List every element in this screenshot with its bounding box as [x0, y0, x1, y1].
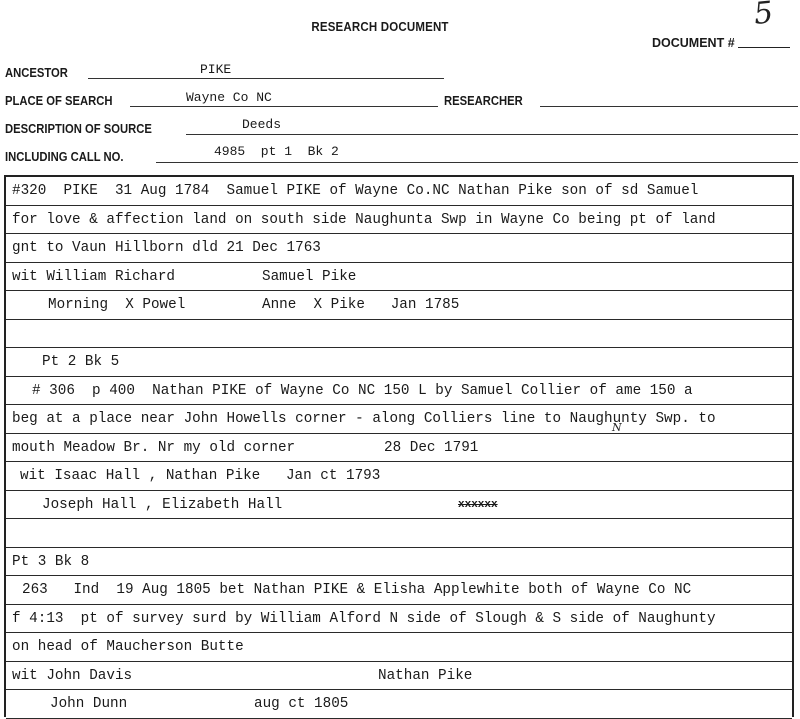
- note-row: # 306 p 400 Nathan PIKE of Wayne Co NC 1…: [6, 377, 792, 406]
- description-of-source-line: [186, 134, 798, 135]
- note-row: f 4:13 pt of survey surd by William Alfo…: [6, 605, 792, 634]
- row-text: aug ct 1805: [254, 690, 348, 718]
- row-text: Anne X Pike Jan 1785: [262, 291, 459, 319]
- row-text: #320 PIKE 31 Aug 1784 Samuel PIKE of Way…: [12, 177, 698, 205]
- document-number-label: DOCUMENT #: [652, 36, 735, 50]
- description-of-source-label: DESCRIPTION OF SOURCE: [5, 122, 168, 136]
- place-of-search-value: Wayne Co NC: [186, 90, 272, 105]
- row-text: mouth Meadow Br. Nr my old corner: [12, 434, 295, 462]
- researcher-line: [540, 106, 798, 107]
- row-text: wit John Davis: [12, 662, 132, 690]
- row-text: Nathan Pike: [378, 662, 472, 690]
- note-row: beg at a place near John Howells corner …: [6, 405, 792, 434]
- note-row: Pt 3 Bk 8: [6, 548, 792, 577]
- struck-text: xxxxxx: [458, 491, 498, 519]
- note-row: Joseph Hall , Elizabeth Hallxxxxxx: [6, 491, 792, 520]
- call-no-line: [156, 162, 798, 163]
- row-text: on head of Maucherson Butte: [12, 633, 244, 661]
- note-row: mouth Meadow Br. Nr my old corner28 Dec …: [6, 434, 792, 463]
- row-text: f 4:13 pt of survey surd by William Alfo…: [12, 605, 716, 633]
- row-text: # 306 p 400 Nathan PIKE of Wayne Co NC 1…: [32, 377, 693, 405]
- document-number-line: [738, 47, 790, 48]
- note-row: #320 PIKE 31 Aug 1784 Samuel PIKE of Way…: [6, 177, 792, 206]
- researcher-label: RESEARCHER: [444, 94, 532, 108]
- blank-row: [6, 320, 792, 349]
- note-row: Pt 2 Bk 5: [6, 348, 792, 377]
- description-of-source-value: Deeds: [242, 117, 281, 132]
- row-text: Joseph Hall , Elizabeth Hall: [42, 491, 282, 519]
- row-text: Pt 2 Bk 5: [42, 348, 119, 376]
- document-number-value: 5: [752, 0, 775, 32]
- call-no-label: INCLUDING CALL NO.: [5, 150, 137, 164]
- ancestor-label: ANCESTOR: [5, 66, 75, 80]
- row-text: Samuel Pike: [262, 263, 356, 291]
- note-row: for love & affection land on south side …: [6, 206, 792, 235]
- page-title: RESEARCH DOCUMENT: [30, 20, 729, 34]
- note-row: wit Isaac Hall , Nathan Pike Jan ct 1793: [6, 462, 792, 491]
- blank-row: [6, 519, 792, 548]
- ancestor-value: PIKE: [200, 62, 231, 77]
- place-of-search-line: [130, 106, 438, 107]
- row-text: beg at a place near John Howells corner …: [12, 405, 716, 433]
- row-text: wit Isaac Hall , Nathan Pike Jan ct 1793: [20, 462, 380, 490]
- note-row: wit William RichardSamuel Pike: [6, 263, 792, 292]
- note-row: wit John DavisNathan Pike: [6, 662, 792, 691]
- row-text: for love & affection land on south side …: [12, 206, 716, 234]
- ancestor-line: [88, 78, 444, 79]
- row-text: John Dunn: [50, 690, 127, 718]
- handwritten-correction: N: [612, 421, 622, 434]
- row-text: Pt 3 Bk 8: [12, 548, 89, 576]
- place-of-search-label: PLACE OF SEARCH: [5, 94, 124, 108]
- row-text: wit William Richard: [12, 263, 175, 291]
- row-text: gnt to Vaun Hillborn dld 21 Dec 1763: [12, 234, 321, 262]
- note-row: John Dunnaug ct 1805: [6, 690, 792, 719]
- row-text: 263 Ind 19 Aug 1805 bet Nathan PIKE & El…: [22, 576, 691, 604]
- note-row: gnt to Vaun Hillborn dld 21 Dec 1763: [6, 234, 792, 263]
- notes-box: #320 PIKE 31 Aug 1784 Samuel PIKE of Way…: [4, 175, 794, 717]
- document-number: DOCUMENT #: [652, 36, 790, 50]
- note-row: 263 Ind 19 Aug 1805 bet Nathan PIKE & El…: [6, 576, 792, 605]
- call-no-value: 4985 pt 1 Bk 2: [214, 144, 339, 159]
- row-text: 28 Dec 1791: [384, 434, 478, 462]
- note-row: on head of Maucherson Butte: [6, 633, 792, 662]
- row-text: Morning X Powel: [48, 291, 185, 319]
- note-row: Morning X PowelAnne X Pike Jan 1785: [6, 291, 792, 320]
